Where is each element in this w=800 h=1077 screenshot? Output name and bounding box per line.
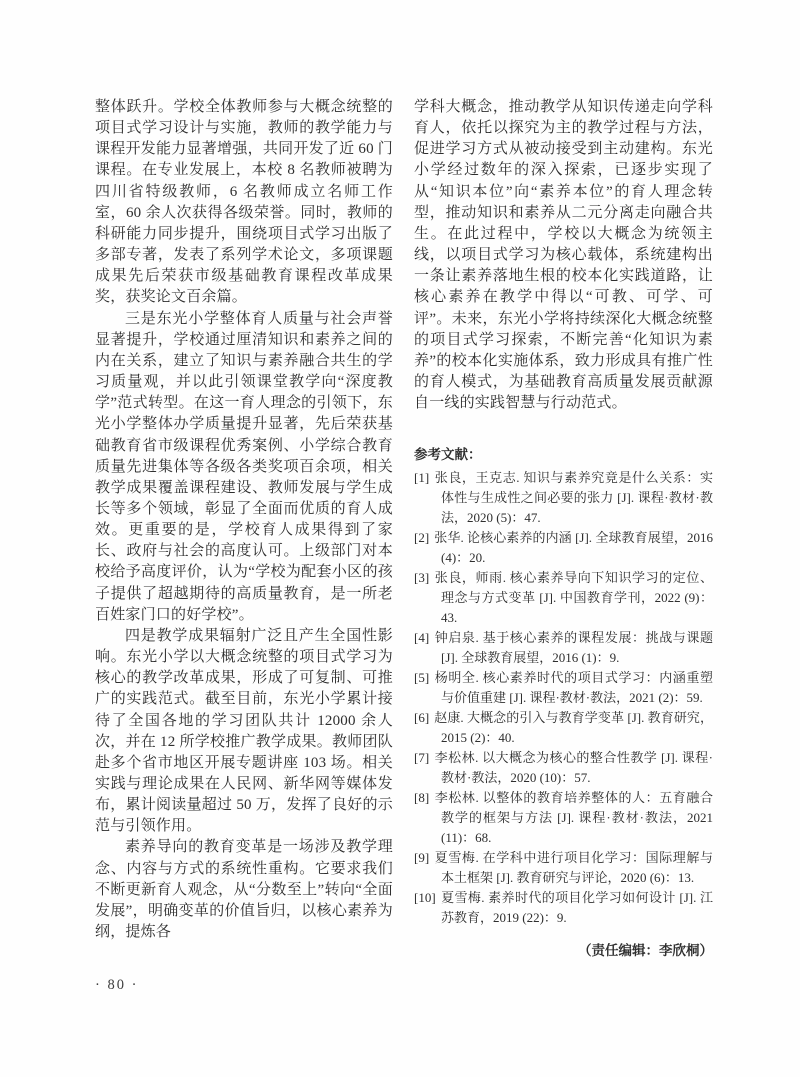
body-paragraph: 学科大概念，推动教学从知识传递走向学科育人，依托以探究为主的教学过程与方法，促进…: [414, 97, 713, 414]
body-paragraph: 四是教学成果辐射广泛且产生全国性影响。东光小学以大概念统整的项目式学习为核心的教…: [95, 626, 393, 838]
text-columns: 整体跃升。学校全体教师参与大概念统整的项目式学习设计与实施，教师的教学能力与课程…: [95, 97, 713, 959]
reference-item: [1]张良，王克志. 知识与素养究竟是什么关系：实体性与生成性之间必要的张力 […: [414, 468, 713, 528]
page-number: · 80 ·: [95, 977, 138, 994]
reference-item: [2]张华. 论核心素养的内涵 [J]. 全球教育展望，2016 (4)：20.: [414, 528, 713, 568]
reference-text: 杨明全. 核心素养时代的项目式学习：内涵重塑与价值重建 [J]. 课程·教材·教…: [434, 670, 713, 705]
reference-item: [6]赵康. 大概念的引入与教育学变革 [J]. 教育研究，2015 (2)：4…: [414, 708, 713, 748]
right-column: 学科大概念，推动教学从知识传递走向学科育人，依托以探究为主的教学过程与方法，促进…: [414, 97, 713, 959]
reference-label: [4]: [414, 630, 429, 645]
paper-page: 整体跃升。学校全体教师参与大概念统整的项目式学习设计与实施，教师的教学能力与课程…: [0, 0, 800, 1077]
reference-text: 张华. 论核心素养的内涵 [J]. 全球教育展望，2016 (4)：20.: [434, 530, 713, 565]
reference-text: 李松林. 以大概念为核心的整合性教学 [J]. 课程·教材·教法，2020 (1…: [434, 750, 713, 785]
reference-text: 张良，王克志. 知识与素养究竟是什么关系：实体性与生成性之间必要的张力 [J].…: [434, 470, 713, 525]
references-section: 参考文献： [1]张良，王克志. 知识与素养究竟是什么关系：实体性与生成性之间必…: [414, 445, 713, 928]
reference-item: [3]张良，师雨. 核心素养导向下知识学习的定位、理念与方式变革 [J]. 中国…: [414, 568, 713, 628]
reference-text: 张良，师雨. 核心素养导向下知识学习的定位、理念与方式变革 [J]. 中国教育学…: [434, 570, 713, 625]
reference-label: [10]: [414, 890, 436, 905]
reference-item: [4]钟启泉. 基于核心素养的课程发展：挑战与课题 [J]. 全球教育展望，20…: [414, 628, 713, 668]
references-heading: 参考文献：: [414, 445, 713, 465]
reference-item: [5]杨明全. 核心素养时代的项目式学习：内涵重塑与价值重建 [J]. 课程·教…: [414, 668, 713, 708]
reference-text: 夏雪梅. 在学科中进行项目化学习：国际理解与本土框架 [J]. 教育研究与评论，…: [434, 850, 713, 885]
reference-item: [7]李松林. 以大概念为核心的整合性教学 [J]. 课程·教材·教法，2020…: [414, 748, 713, 788]
editor-note: （责任编辑：李欣桐）: [414, 939, 713, 959]
reference-text: 赵康. 大概念的引入与教育学变革 [J]. 教育研究，2015 (2)：40.: [434, 710, 713, 745]
reference-label: [1]: [414, 470, 429, 485]
reference-text: 钟启泉. 基于核心素养的课程发展：挑战与课题 [J]. 全球教育展望，2016 …: [434, 630, 713, 665]
left-column: 整体跃升。学校全体教师参与大概念统整的项目式学习设计与实施，教师的教学能力与课程…: [95, 97, 393, 959]
body-paragraph: 素养导向的教育变革是一场涉及教学理念、内容与方式的系统性重构。它要求我们不断更新…: [95, 837, 393, 943]
reference-label: [2]: [414, 530, 429, 545]
reference-label: [6]: [414, 710, 429, 725]
reference-label: [3]: [414, 570, 429, 585]
reference-item: [8]李松林. 以整体的教育培养整体的人：五育融合教学的框架与方法 [J]. 课…: [414, 788, 713, 848]
reference-label: [9]: [414, 850, 429, 865]
reference-text: 李松林. 以整体的教育培养整体的人：五育融合教学的框架与方法 [J]. 课程·教…: [434, 790, 713, 845]
reference-label: [7]: [414, 750, 429, 765]
body-paragraph: 三是东光小学整体育人质量与社会声誉显著提升，学校通过厘清知识和素养之间的内在关系…: [95, 309, 393, 626]
reference-text: 夏雪梅. 素养时代的项目化学习如何设计 [J]. 江苏教育，2019 (22)：…: [441, 890, 713, 925]
reference-item: [9]夏雪梅. 在学科中进行项目化学习：国际理解与本土框架 [J]. 教育研究与…: [414, 848, 713, 888]
reference-label: [5]: [414, 670, 429, 685]
body-paragraph: 整体跃升。学校全体教师参与大概念统整的项目式学习设计与实施，教师的教学能力与课程…: [95, 97, 393, 309]
reference-label: [8]: [414, 790, 429, 805]
reference-item: [10]夏雪梅. 素养时代的项目化学习如何设计 [J]. 江苏教育，2019 (…: [414, 888, 713, 928]
